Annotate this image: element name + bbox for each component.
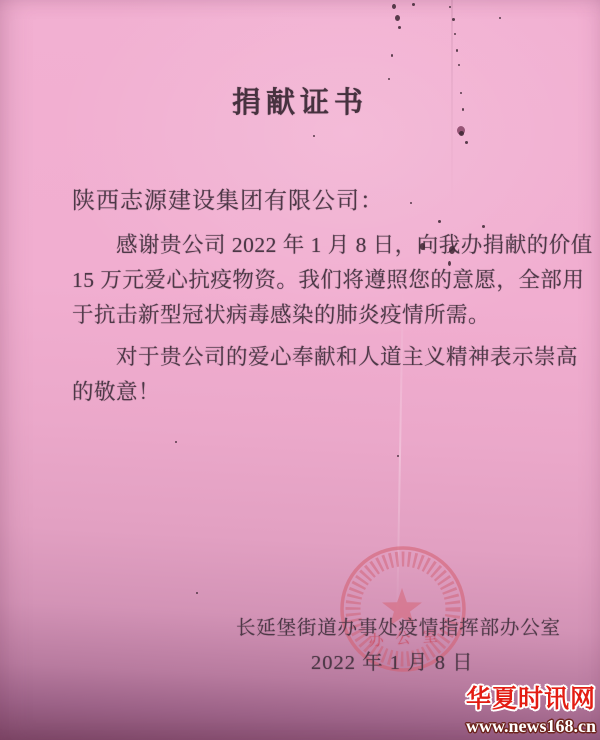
ink-stain — [391, 54, 393, 57]
ink-stain — [456, 49, 458, 52]
ink-stain — [465, 141, 468, 144]
ink-stain — [196, 592, 198, 594]
ink-stain — [313, 135, 315, 137]
watermark-site-url: www.news168.cn — [466, 716, 596, 737]
ink-stain — [175, 441, 177, 443]
watermark-site-name: 华夏时讯网 — [466, 679, 596, 715]
body-line: 对于贵公司的爱心奉献和人道主义精神表示崇高 — [72, 340, 554, 375]
ink-stain — [459, 131, 464, 136]
ink-stain — [482, 225, 485, 228]
body-line: 于抗击新型冠状病毒感染的肺炎疫情所需。 — [72, 298, 554, 333]
issuing-office-signature: 长延堡街道办事处疫情指挥部办公室 — [236, 612, 561, 640]
ink-stain — [449, 246, 455, 254]
body-line: 感谢贵公司 2022 年 1 月 8 日，向我办捐献的价值 — [72, 228, 554, 263]
body-line: 15 万元爱心抗疫物资。我们将遵照您的意愿，全部用 — [72, 263, 554, 298]
ink-stain — [420, 243, 425, 250]
ink-stain — [410, 202, 412, 204]
ink-stain — [388, 78, 390, 80]
ink-stain — [448, 261, 451, 266]
ink-stain — [460, 92, 462, 94]
ink-stain — [452, 18, 455, 21]
ink-stain — [398, 26, 401, 29]
ink-stain — [397, 455, 399, 457]
ink-stain — [392, 4, 396, 9]
donation-certificate-photo: 捐献证书 陕西志源建设集团有限公司： 感谢贵公司 2022 年 1 月 8 日，… — [0, 0, 600, 740]
ink-stain — [499, 17, 501, 19]
ink-stain — [454, 33, 456, 35]
certificate-body: 感谢贵公司 2022 年 1 月 8 日，向我办捐献的价值 15 万元爱心抗疫物… — [72, 228, 554, 410]
body-line: 的敬意！ — [72, 375, 554, 410]
ink-stain — [449, 6, 451, 8]
ink-stain — [462, 108, 464, 111]
certificate-title: 捐献证书 — [0, 80, 600, 121]
addressee-line: 陕西志源建设集团有限公司： — [72, 182, 384, 215]
ink-stain — [458, 64, 460, 66]
certificate-date: 2022 年 1 月 8 日 — [311, 645, 474, 675]
ink-stain — [438, 220, 441, 223]
news-site-watermark: 华夏时讯网 www.news168.cn — [466, 679, 596, 737]
ink-stain — [412, 3, 415, 6]
ink-stain — [395, 15, 400, 21]
